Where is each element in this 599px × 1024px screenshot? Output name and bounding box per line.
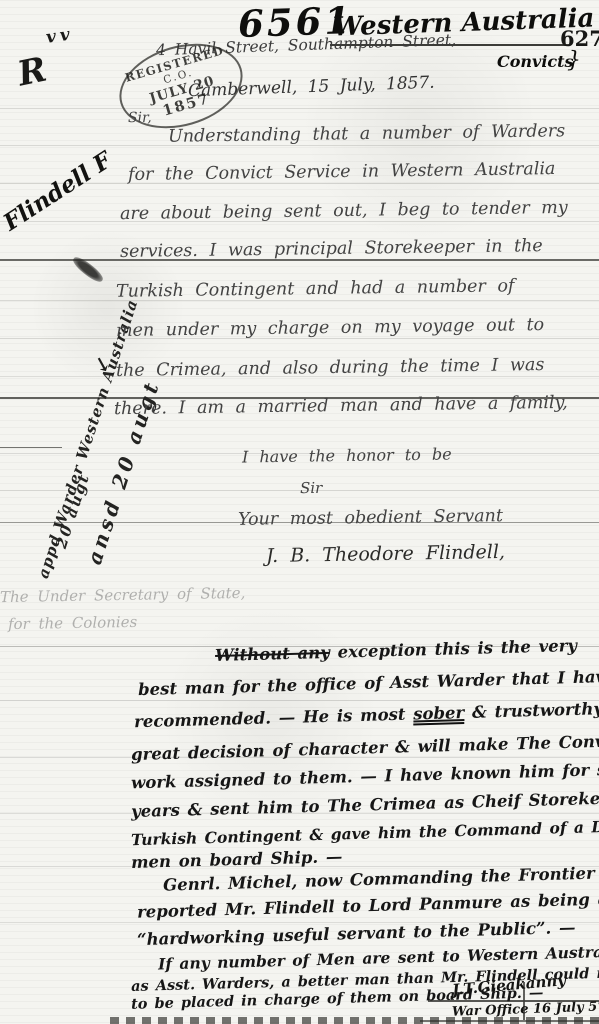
document-page: 6561 Western Australia 627 4 Havil Stree… (0, 0, 599, 1024)
minute-line: reported Mr. Flindell to Lord Panmure as… (137, 889, 599, 921)
valediction-line: I have the honor to be (242, 445, 452, 467)
minute-text: recommended. — He is most (134, 704, 414, 731)
ruled-line (0, 108, 599, 109)
valediction-line: Your most obedient Servant (238, 506, 503, 530)
struck-words: Without any (215, 643, 330, 665)
minute-line: great decision of character & will make … (131, 729, 599, 764)
letter-line: for the Convict Service in Western Austr… (128, 159, 556, 185)
minute-line: men on board Ship. — (131, 847, 343, 872)
minute-line: Without any exception this is the very (215, 636, 577, 665)
valediction-line: Sir (300, 479, 322, 497)
category-brace: } (567, 48, 581, 73)
docket-name: Flindell F (0, 147, 116, 237)
ruled-line (0, 300, 599, 301)
scan-edge-noise (110, 1017, 599, 1024)
underlined-word: sober (413, 703, 465, 725)
check-marks: vv (45, 24, 75, 48)
registry-mark: R (14, 49, 50, 94)
ruled-line (0, 145, 599, 146)
minute-line: Turkish Contingent & gave him the Comman… (131, 814, 599, 849)
minute-line: best man for the office of Asst Warder t… (138, 666, 599, 699)
salutation: Sir, (128, 110, 152, 126)
letter-line: Turkish Contingent and had a number of (116, 276, 515, 302)
minute-line: years & sent him to The Crimea as Cheif … (131, 786, 599, 821)
fold-line (0, 447, 62, 448)
letter-line: Understanding that a number of Warders (168, 121, 565, 147)
addressee-line: for the Colonies (8, 613, 138, 633)
category-label: Convicts (497, 52, 574, 71)
minute-line: work assigned to them. — I have known hi… (131, 759, 599, 793)
minute-line: recommended. — He is most sober & trustw… (134, 698, 599, 732)
minute-text: & trustworthy, with (464, 698, 599, 722)
letter-signature: J. B. Theodore Flindell, (266, 541, 505, 567)
addressee-line: The Under Secretary of State, (0, 584, 245, 606)
letter-line: the Crimea, and also during the time I w… (116, 355, 545, 381)
minute-text: exception this is the very (330, 636, 578, 662)
